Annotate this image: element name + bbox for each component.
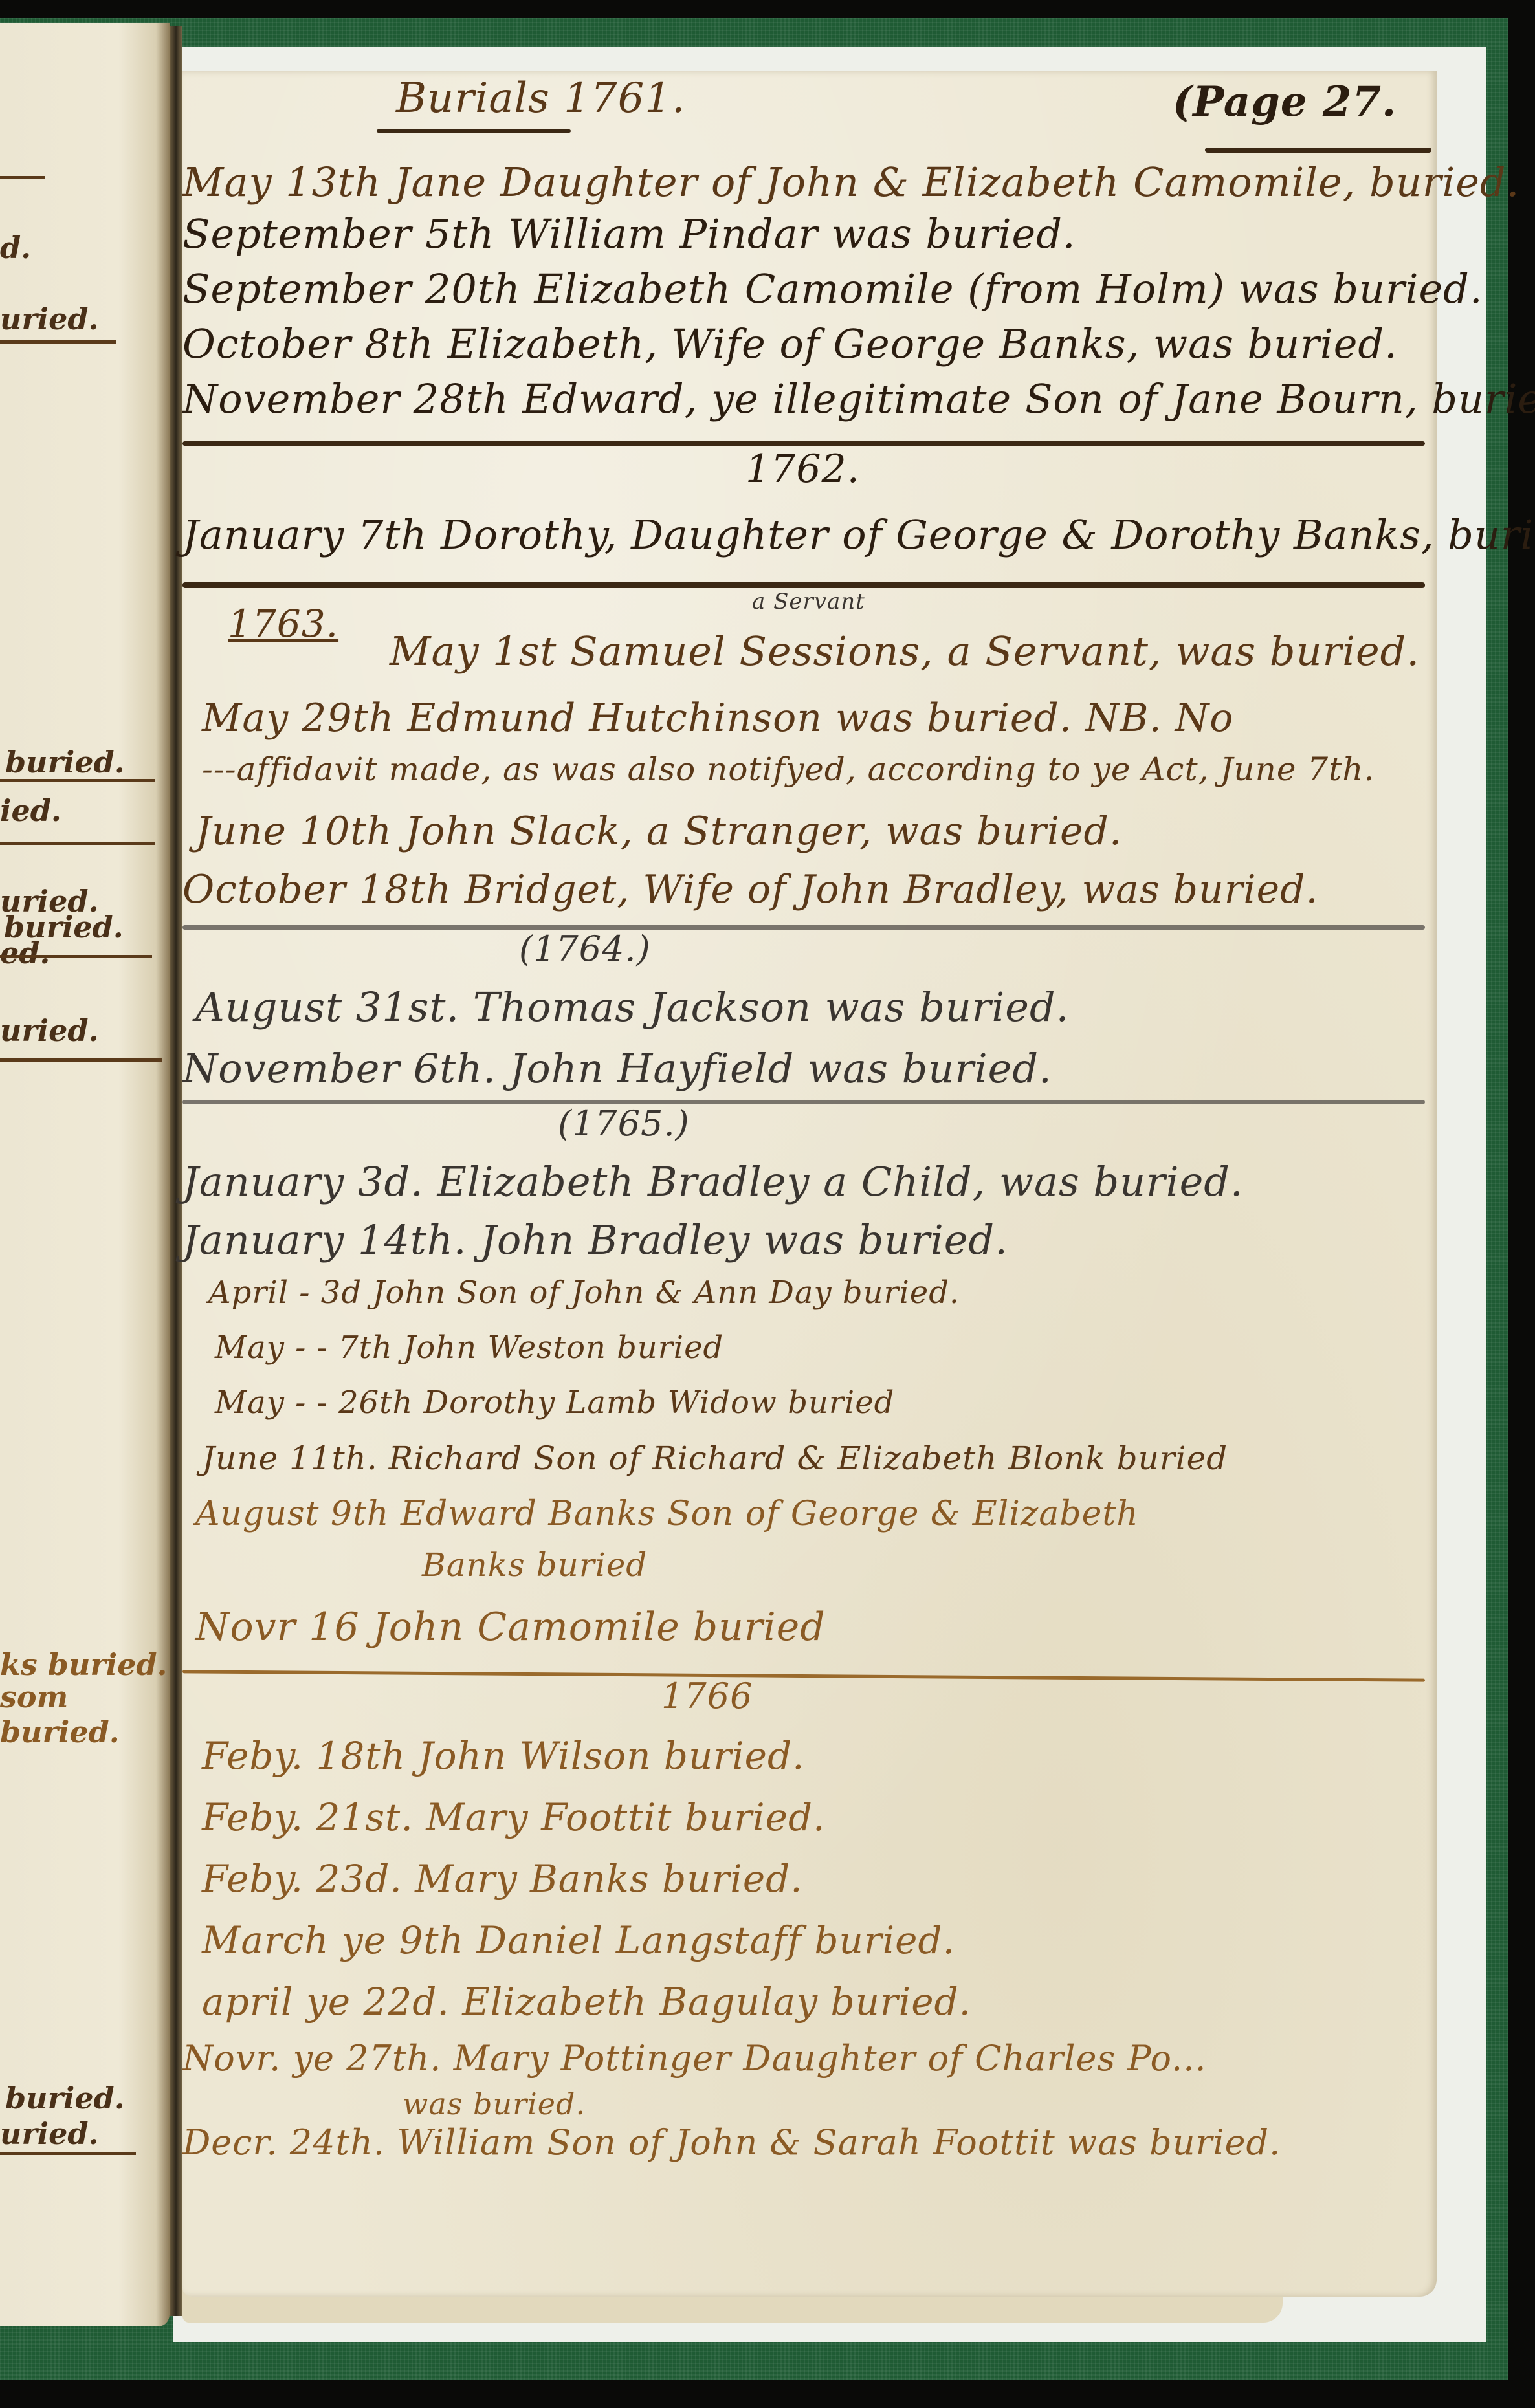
left-fragment: buried. bbox=[5, 2081, 125, 2116]
left-rule bbox=[0, 176, 45, 179]
year-heading: (1765.) bbox=[558, 1103, 690, 1144]
entry: March ye 9th Daniel Langstaff buried. bbox=[202, 1918, 955, 1962]
entry: May 1st Samuel Sessions, a Servant, was … bbox=[390, 628, 1420, 675]
entry-text: John Bradley was buried. bbox=[480, 1216, 1008, 1264]
entry-date: March ye 9th bbox=[202, 1918, 464, 1962]
left-fragment: ed. bbox=[0, 936, 50, 970]
entry-date: October 8th bbox=[182, 320, 434, 367]
entry-date: November 28th bbox=[182, 375, 509, 422]
entry: May - - 26th Dorothy Lamb Widow buried bbox=[215, 1385, 894, 1421]
entry: November 28th Edward, ye illegitimate So… bbox=[182, 375, 1535, 422]
entry: May 29th Edmund Hutchinson was buried. N… bbox=[202, 695, 1233, 741]
register-page: Burials 1761. (Page 27. May 13th Jane Da… bbox=[182, 71, 1437, 2297]
entry-text: Edmund Hutchinson was buried. NB. No bbox=[407, 695, 1233, 741]
entry-text: John Wilson buried. bbox=[418, 1734, 804, 1778]
left-fragment: uried. bbox=[0, 2116, 99, 2151]
entry-text: Mary Banks buried. bbox=[415, 1857, 802, 1901]
left-rule bbox=[0, 779, 155, 782]
entry-date: August 31st. bbox=[195, 983, 459, 1031]
entry-text: Elizabeth Bagulay buried. bbox=[462, 1980, 971, 2024]
entry-date: Feby. 23d. bbox=[202, 1857, 403, 1901]
entry-continuation: Banks buried bbox=[422, 1546, 647, 1584]
section-divider bbox=[182, 1100, 1425, 1104]
left-fragment: d. bbox=[0, 230, 31, 265]
entry-date: June 10th bbox=[195, 809, 392, 854]
entry: September 5th William Pindar was buried. bbox=[182, 210, 1076, 257]
entry-date: January 14th. bbox=[182, 1216, 467, 1264]
section-divider bbox=[182, 925, 1425, 930]
entry-date: May 29th bbox=[202, 695, 394, 741]
entry-text: Elizabeth Bradley a Child, was buried. bbox=[437, 1158, 1244, 1205]
entry-date: Decr. 24th. bbox=[182, 2122, 385, 2163]
entry-text: John Slack, a Stranger, was buried. bbox=[405, 809, 1122, 854]
entry: June 10th John Slack, a Stranger, was bu… bbox=[195, 809, 1122, 854]
entry: January 14th. John Bradley was buried. bbox=[182, 1216, 1008, 1264]
left-page: d. uried. buried. ied. uried. buried. ed… bbox=[0, 23, 170, 2326]
page-number-underline bbox=[1205, 148, 1431, 153]
entry-date: January 3d. bbox=[182, 1158, 424, 1205]
entry-text: Jane Daughter of John & Elizabeth Camomi… bbox=[395, 159, 1520, 206]
entry-continuation: was buried. bbox=[403, 2086, 586, 2121]
entry: april ye 22d. Elizabeth Bagulay buried. bbox=[202, 1980, 971, 2024]
entry-text: Mary Pottinger Daughter of Charles Po... bbox=[454, 2038, 1207, 2079]
entry: April - 3d John Son of John & Ann Day bu… bbox=[208, 1275, 960, 1311]
page-heading: Burials 1761. bbox=[396, 74, 685, 122]
left-rule bbox=[0, 2152, 136, 2155]
entry-text: Elizabeth, Wife of George Banks, was bur… bbox=[448, 320, 1398, 367]
entry-text: Mary Foottit buried. bbox=[426, 1795, 825, 1839]
entry: January 3d. Elizabeth Bradley a Child, w… bbox=[182, 1158, 1244, 1205]
entry-date: Novr 16 bbox=[195, 1604, 360, 1650]
entry-text: John Son of John & Ann Day buried. bbox=[372, 1275, 960, 1311]
entry: August 31st. Thomas Jackson was buried. bbox=[195, 983, 1069, 1031]
entry: Feby. 18th John Wilson buried. bbox=[202, 1734, 805, 1778]
entry-text: Bridget, Wife of John Bradley, was burie… bbox=[465, 867, 1319, 912]
left-rule bbox=[0, 842, 155, 845]
entry-text: John Camomile buried bbox=[373, 1604, 826, 1650]
entry: September 20th Elizabeth Camomile (from … bbox=[182, 265, 1483, 312]
left-fragment: uried. bbox=[0, 1013, 99, 1048]
entry: Novr. ye 27th. Mary Pottinger Daughter o… bbox=[182, 2038, 1207, 2079]
book-spine-gutter bbox=[170, 26, 182, 2316]
entry-text: Dorothy, Daughter of George & Dorothy Ba… bbox=[441, 511, 1535, 558]
entry-note: ---affidavit made, as was also notifyed,… bbox=[202, 750, 1375, 788]
entry: October 8th Elizabeth, Wife of George Ba… bbox=[182, 320, 1398, 367]
entry-date: april ye 22d. bbox=[202, 1980, 450, 2024]
left-rule bbox=[0, 1058, 162, 1062]
left-fragment: ied. bbox=[0, 793, 61, 828]
entry-text: William Pindar was buried. bbox=[508, 210, 1076, 257]
entry-date: April - 3d bbox=[208, 1275, 362, 1311]
entry-text: John Hayfield was buried. bbox=[510, 1045, 1052, 1092]
entry: August 9th Edward Banks Son of George & … bbox=[195, 1494, 1139, 1533]
insertion-note: a Servant bbox=[752, 589, 865, 615]
entry: May - - 7th John Weston buried bbox=[215, 1330, 723, 1366]
entry-text: Dorothy Lamb Widow buried bbox=[424, 1385, 895, 1421]
entry-date: September 20th bbox=[182, 265, 521, 312]
left-rule bbox=[0, 340, 116, 344]
entry-text: ---affidavit made, as was also notifyed,… bbox=[202, 750, 1375, 788]
entry-text: Edward, ye illegitimate Son of Jane Bour… bbox=[522, 375, 1535, 422]
section-divider bbox=[182, 582, 1425, 588]
entry: January 7th Dorothy, Daughter of George … bbox=[182, 511, 1535, 558]
entry: Decr. 24th. William Son of John & Sarah … bbox=[182, 2122, 1281, 2163]
entry-date: September 5th bbox=[182, 210, 494, 257]
entry-text: Samuel Sessions, a Servant, was buried. bbox=[570, 628, 1420, 675]
entry: May 13th Jane Daughter of John & Elizabe… bbox=[182, 159, 1519, 206]
entry-text: William Son of John & Sarah Foottit was … bbox=[397, 2122, 1281, 2163]
entry: October 18th Bridget, Wife of John Bradl… bbox=[182, 867, 1319, 912]
entry-text: Edward Banks Son of George & Elizabeth bbox=[401, 1494, 1139, 1533]
entry-text: John Weston buried bbox=[403, 1330, 723, 1366]
entry-date: May - - 26th bbox=[215, 1385, 413, 1421]
entry-date: Feby. 18th bbox=[202, 1734, 406, 1778]
left-rule bbox=[0, 955, 152, 958]
entry-date: Novr. ye 27th. bbox=[182, 2038, 441, 2079]
entry-date: November 6th. bbox=[182, 1045, 496, 1092]
entry-text: Thomas Jackson was buried. bbox=[473, 983, 1070, 1031]
entry-date: August 9th bbox=[195, 1494, 389, 1533]
entry: Feby. 21st. Mary Foottit buried. bbox=[202, 1795, 826, 1839]
entry-date: June 11th. bbox=[202, 1439, 378, 1477]
entry-date: May - - 7th bbox=[215, 1330, 393, 1366]
section-divider bbox=[182, 441, 1425, 446]
entry: November 6th. John Hayfield was buried. bbox=[182, 1045, 1052, 1092]
left-fragment: uried. bbox=[0, 301, 99, 336]
year-heading: (1764.) bbox=[519, 928, 651, 969]
entry-text: Richard Son of Richard & Elizabeth Blonk… bbox=[389, 1439, 1228, 1477]
left-fragment: buried. bbox=[5, 745, 125, 780]
entry-date: May 13th bbox=[182, 159, 381, 206]
left-fragment: som buried. bbox=[0, 1680, 170, 1749]
year-heading: 1766 bbox=[661, 1676, 753, 1716]
entry-date: Feby. 21st. bbox=[202, 1795, 414, 1839]
year-heading: 1762. bbox=[745, 446, 860, 492]
page-number: (Page 27. bbox=[1173, 78, 1397, 126]
entry-date: October 18th bbox=[182, 867, 452, 912]
left-fragment: ks buried. bbox=[0, 1647, 168, 1682]
entry-date: May 1st bbox=[390, 628, 557, 675]
entry-text: Daniel Langstaff buried. bbox=[477, 1918, 956, 1962]
year-heading: 1763. bbox=[228, 602, 338, 646]
entry: Feby. 23d. Mary Banks buried. bbox=[202, 1857, 803, 1901]
section-divider bbox=[182, 1670, 1425, 1681]
entry: Novr 16 John Camomile buried bbox=[195, 1604, 826, 1650]
entry: June 11th. Richard Son of Richard & Eliz… bbox=[202, 1439, 1228, 1477]
entry-date: January 7th bbox=[182, 511, 427, 558]
heading-underline bbox=[377, 129, 571, 133]
entry-text: Elizabeth Camomile (from Holm) was burie… bbox=[534, 265, 1483, 312]
